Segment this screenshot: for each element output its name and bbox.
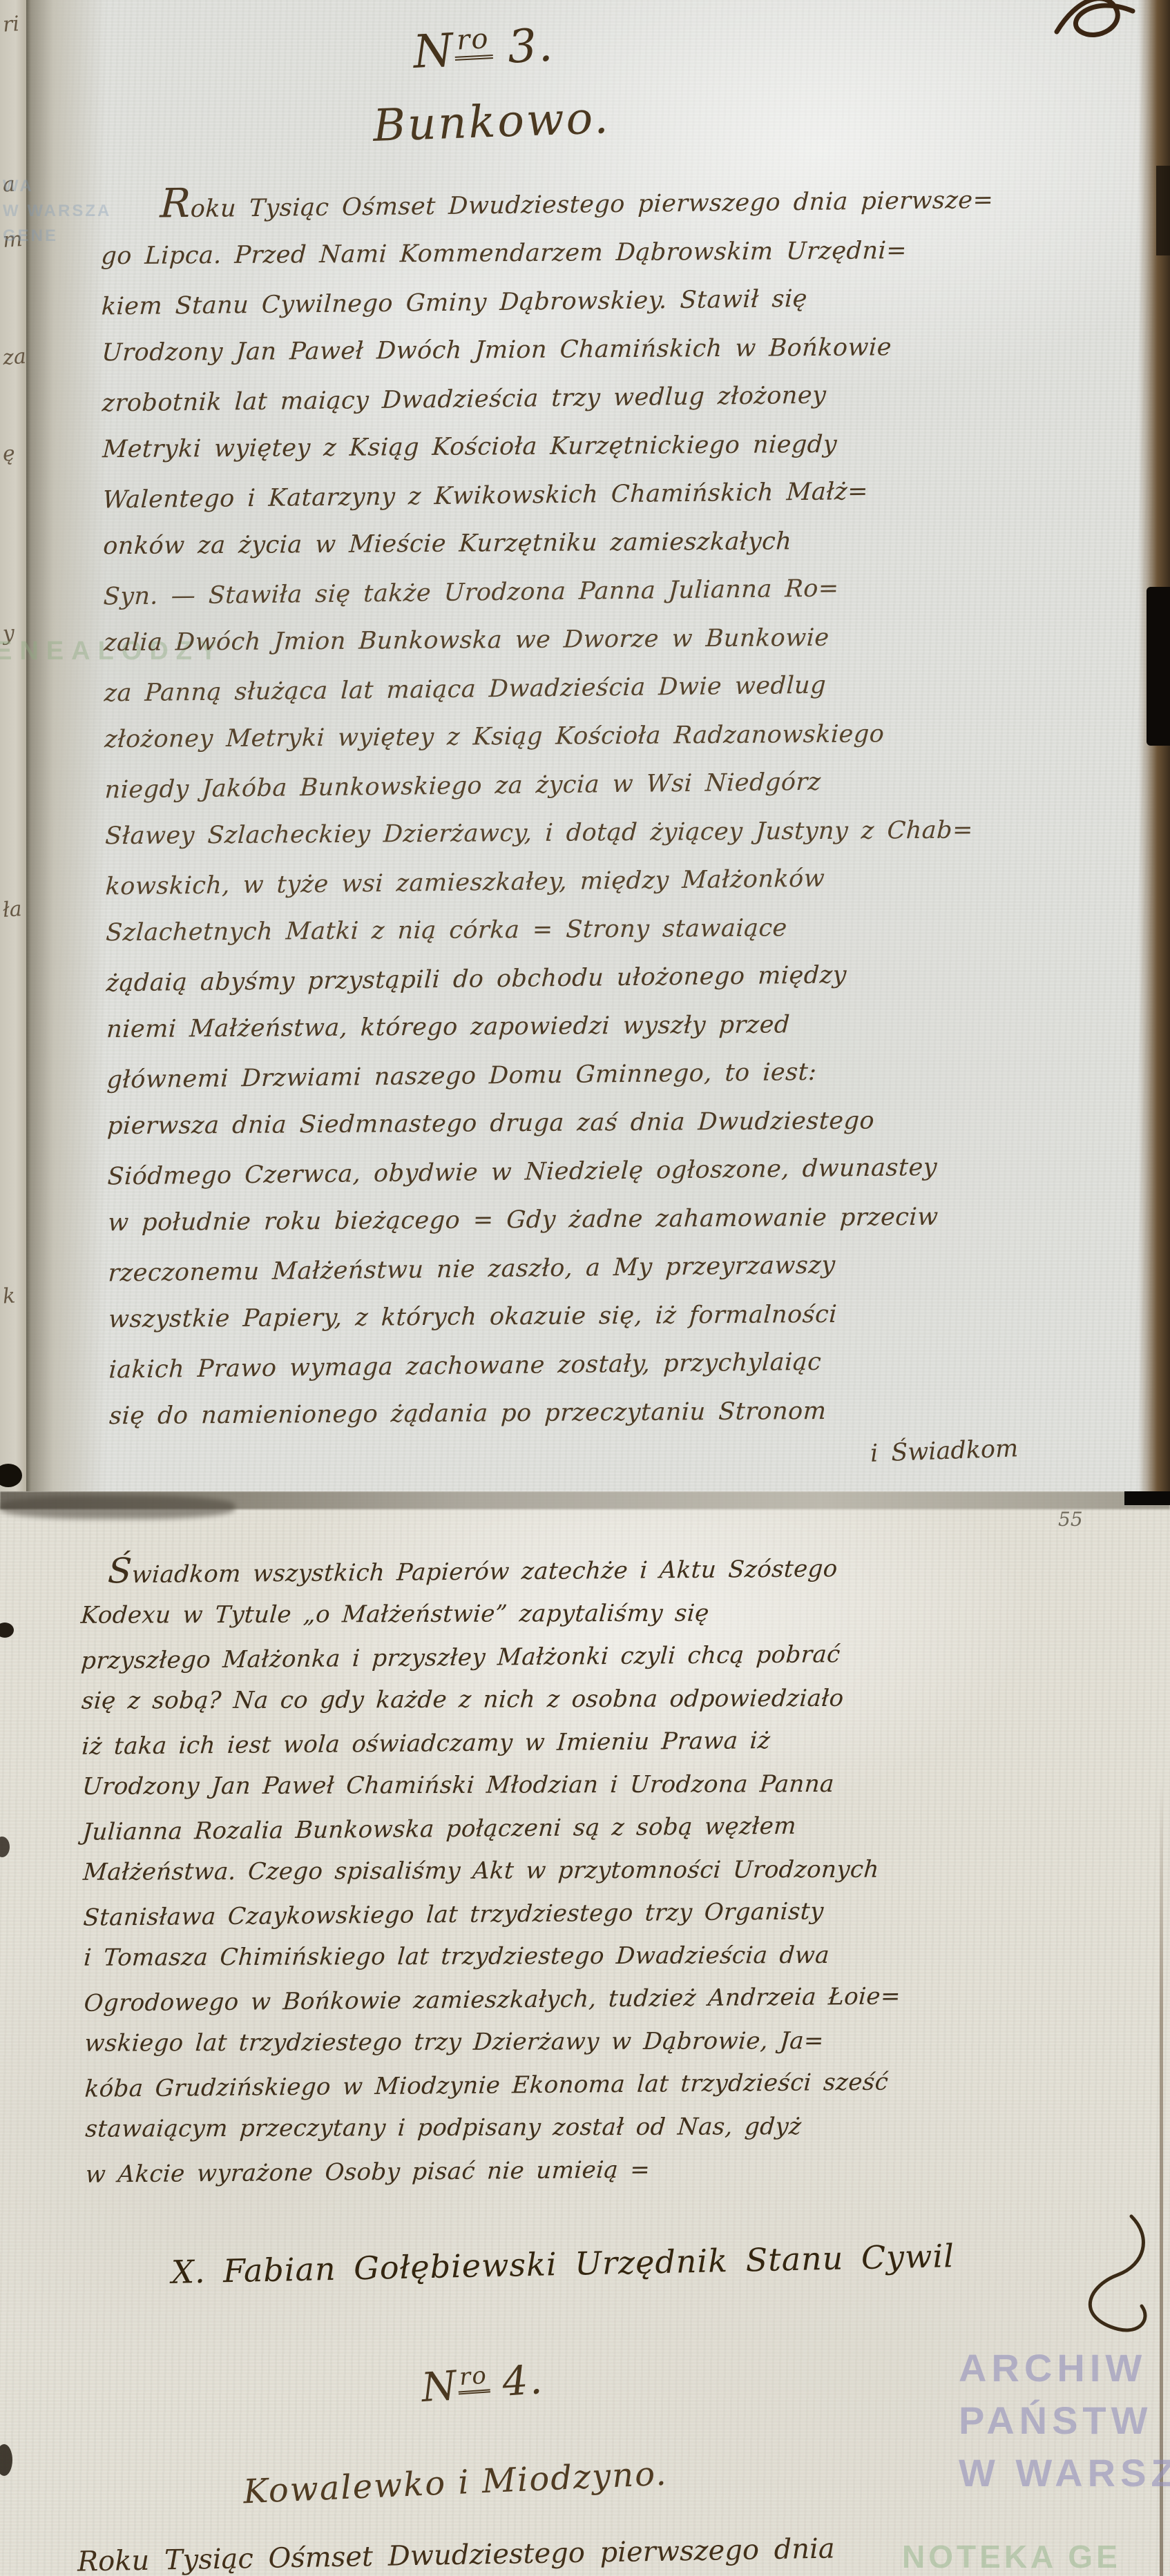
- record-number-value: 4.: [501, 2356, 545, 2405]
- next-record-opening-line: Roku Tysiąc Ośmset Dwudziestego pierwsze…: [77, 2533, 835, 2576]
- watermark-line: GENE: [3, 224, 111, 249]
- handwritten-line: Kodexu w Tytule „o Małżeństwie” zapytali…: [79, 1590, 1146, 1636]
- background-patch: [1156, 166, 1170, 255]
- registrar-signature: X. Fabian Gołębiewski Urzędnik Stanu Cyw…: [171, 2237, 955, 2291]
- handwritten-line: Urodzony Jan Paweł Chamiński Młodzian i …: [81, 1761, 1147, 1808]
- archival-scan: riamzaęyłak WA W WARSZA GENE ENEALODZY N…: [0, 0, 1170, 2576]
- watermark-noteka: NOTEKA GE: [902, 2538, 1121, 2575]
- record-number-n: N: [420, 2362, 459, 2412]
- handwritten-line: kóba Grudzińskiego w Miodzynie Ekonoma l…: [84, 2058, 1150, 2110]
- handwritten-line: Ogrodowego w Bońkowie zamieszkałych, tud…: [83, 1973, 1149, 2024]
- record-title: Bunkowo.: [372, 93, 611, 152]
- ink-blot: [0, 1623, 14, 1638]
- next-record-title: Kowalewko i Miodzyno.: [242, 2454, 668, 2512]
- body-closing-line: i Świadkom: [870, 1435, 1018, 1467]
- record-number: Nro3.: [412, 10, 704, 79]
- record-number-value: 3.: [506, 18, 555, 73]
- scan-page-1: riamzaęyłak WA W WARSZA GENE ENEALODZY N…: [0, 0, 1170, 1491]
- watermark-line: W WARSZ: [959, 2447, 1170, 2499]
- handwritten-line: w Akcie wyrażone Osoby pisać nie umieią …: [84, 2144, 1151, 2196]
- watermark-line: ARCHIW: [959, 2342, 1170, 2394]
- watermark-archive-fragment: WA W WARSZA GENE: [3, 174, 111, 249]
- corner-flourish-mark: [1050, 0, 1153, 94]
- next-record-number: Nro4.: [420, 2356, 545, 2411]
- handwritten-line: Świadkom wszystkich Papierów zatechże i …: [79, 1540, 1145, 1596]
- margin-fragment: ę: [2, 441, 16, 466]
- handwritten-line: i Tomasza Chimińskiego lat trzydziestego…: [82, 1933, 1149, 1979]
- page-top-edge-smudge: [0, 1495, 235, 1519]
- watermark-line: PAŃSTW: [959, 2394, 1170, 2447]
- handwritten-line: się z sobą? Na co gdy każde z nich z oso…: [80, 1676, 1147, 1722]
- watermark-archiwum-panstwowe: ARCHIW PAŃSTW W WARSZ: [959, 2342, 1170, 2499]
- folio-number: 55: [1058, 1508, 1083, 1531]
- record-number-superscript: ro: [457, 2361, 491, 2394]
- handwritten-line: iż taka ich iest wola oświadczamy w Imie…: [81, 1716, 1147, 1768]
- margin-fragment: ri: [2, 12, 20, 37]
- background-patch: [1147, 587, 1170, 746]
- ink-blot: [0, 1837, 10, 1857]
- handwritten-line: Roku Tysiąc Ośmset Dwudziestego pierwsze…: [99, 168, 1138, 234]
- margin-fragment: k: [2, 1284, 17, 1308]
- handwritten-line: Małżeństwa. Czego spisaliśmy Akt w przyt…: [81, 1847, 1148, 1893]
- record-body: Roku Tysiąc Ośmset Dwudziestego pierwsze…: [101, 171, 1146, 1440]
- record-number-n: N: [412, 23, 456, 79]
- handwritten-line: stawaiącym przeczytany i podpisany zosta…: [84, 2104, 1150, 2150]
- scan-page-2: 55 Świadkom wszystkich Papierów zatechże…: [0, 1491, 1170, 2576]
- signature-paraph-flourish: [1048, 2209, 1166, 2354]
- watermark-line: W WARSZA: [3, 199, 111, 224]
- handwritten-line: przyszłego Małżonka i przyszłey Małżonki…: [79, 1630, 1146, 1682]
- handwritten-line: Julianna Rozalia Bunkowska połączeni są …: [81, 1801, 1148, 1853]
- record-number-superscript: ro: [453, 23, 493, 61]
- handwritten-line: Stanisława Czaykowskiego lat trzydzieste…: [82, 1887, 1149, 1939]
- watermark-line: WA: [3, 174, 111, 199]
- margin-fragment: ła: [2, 897, 23, 922]
- ink-blot: [0, 2444, 12, 2476]
- margin-fragment: za: [2, 345, 27, 370]
- handwritten-line: się do namienionego żądania po przeczyta…: [108, 1385, 1147, 1440]
- handwritten-line: wskiego lat trzydziestego trzy Dzierżawy…: [83, 2018, 1149, 2064]
- background-corner: [1124, 1491, 1170, 1505]
- record-body-continuation: Świadkom wszystkich Papierów zatechże i …: [80, 1540, 1149, 2196]
